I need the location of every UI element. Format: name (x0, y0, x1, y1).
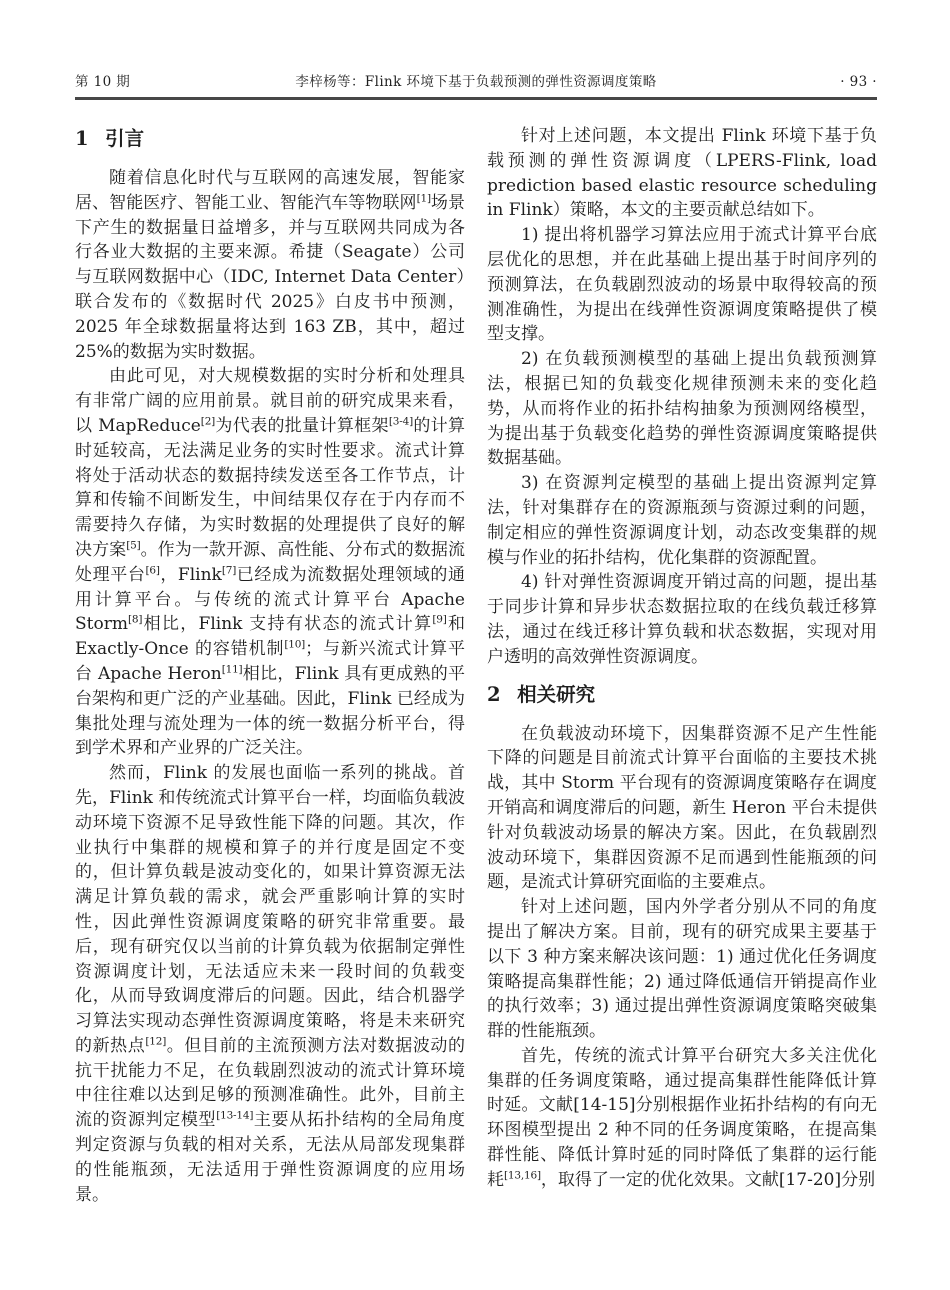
page-number: · 93 · (723, 74, 877, 90)
paragraph: 首先，传统的流式计算平台研究大多关注优化集群的任务调度策略，通过提高集群性能降低… (487, 1044, 877, 1193)
citation-ref: [8] (128, 614, 142, 626)
paragraph: 4) 针对弹性资源调度开销过高的问题，提出基于同步计算和异步状态数据拉取的在线负… (487, 570, 877, 669)
paragraph: 由此可见，对大规模数据的实时分析和处理具有非常广阔的应用前景。就目前的研究成果来… (75, 364, 465, 761)
section-heading: 1引言 (75, 126, 465, 152)
paper-page: 第 10 期 李梓杨等：Flink 环境下基于负载预测的弹性资源调度策略 · 9… (0, 0, 950, 1290)
citation-ref: [11] (222, 663, 243, 675)
section-number: 2 (487, 683, 501, 706)
paragraph: 2) 在负载预测模型的基础上提出负载预测算法，根据已知的负载变化规律预测未来的变… (487, 347, 877, 471)
citation-ref: [12] (145, 1035, 166, 1047)
header-rule (75, 97, 877, 100)
citation-ref: [6] (145, 564, 159, 576)
citation-ref: [9] (432, 614, 446, 626)
section-number: 1 (75, 127, 89, 150)
paragraph: 3) 在资源判定模型的基础上提出资源判定算法，针对集群存在的资源瓶颈与资源过剩的… (487, 471, 877, 570)
citation-ref: [5] (126, 539, 140, 551)
section-title: 相关研究 (517, 683, 595, 706)
citation-ref: [13-14] (216, 1110, 253, 1122)
running-title: 李梓杨等：Flink 环境下基于负载预测的弹性资源调度策略 (229, 70, 723, 90)
two-column-body: 1引言随着信息化时代与互联网的高速发展，智能家居、智能医疗、智能工业、智能汽车等… (75, 124, 877, 1207)
paragraph: 在负载波动环境下，因集群资源不足产生性能下降的问题是目前流式计算平台面临的主要技… (487, 722, 877, 896)
citation-ref: [7] (222, 564, 236, 576)
paragraph: 1) 提出将机器学习算法应用于流式计算平台底层优化的思想，并在此基础上提出基于时… (487, 223, 877, 347)
right-column: 针对上述问题，本文提出 Flink 环境下基于负载预测的弹性资源调度（LPERS… (487, 124, 877, 1207)
citation-ref: [2] (201, 415, 215, 427)
section-title: 引言 (105, 127, 144, 150)
issue-number: 第 10 期 (75, 70, 229, 90)
paragraph: 针对上述问题，国内外学者分别从不同的角度提出了解决方案。目前，现有的研究成果主要… (487, 895, 877, 1044)
paragraph: 随着信息化时代与互联网的高速发展，智能家居、智能医疗、智能工业、智能汽车等物联网… (75, 166, 465, 364)
citation-ref: [1] (417, 192, 431, 204)
left-column: 1引言随着信息化时代与互联网的高速发展，智能家居、智能医疗、智能工业、智能汽车等… (75, 124, 465, 1207)
paragraph: 然而，Flink 的发展也面临一系列的挑战。首先，Flink 和传统流式计算平台… (75, 761, 465, 1207)
citation-ref: [10] (284, 638, 305, 650)
citation-ref: [13,16] (504, 1169, 541, 1181)
citation-ref: [3-4] (389, 415, 413, 427)
paragraph: 针对上述问题，本文提出 Flink 环境下基于负载预测的弹性资源调度（LPERS… (487, 124, 877, 223)
page-header: 第 10 期 李梓杨等：Flink 环境下基于负载预测的弹性资源调度策略 · 9… (75, 70, 877, 90)
section-heading: 2相关研究 (487, 682, 877, 708)
